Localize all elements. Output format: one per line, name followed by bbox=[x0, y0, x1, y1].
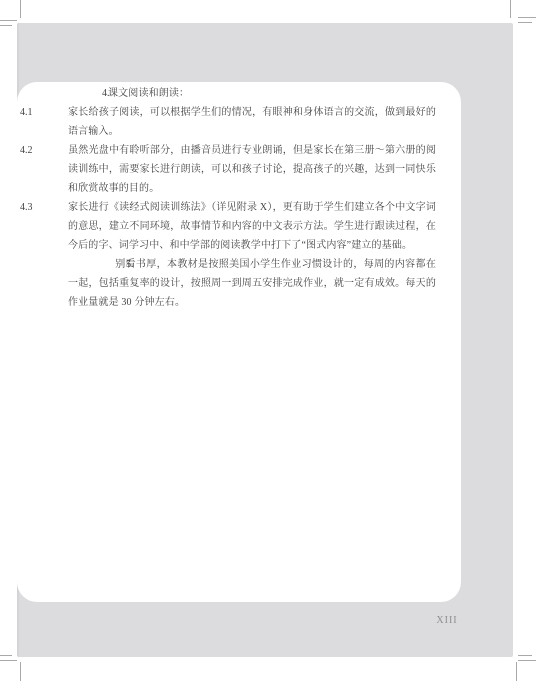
page-number: XIII bbox=[422, 615, 472, 626]
item-4-1-text: 家长给孩子阅读，可以根据学生们的情况，有眼神和身体语言的交流，做到最好的语言输入… bbox=[68, 107, 436, 137]
list-marker-5: 5. bbox=[97, 255, 115, 274]
crop-mark-top-left-horizontal-2 bbox=[0, 25, 12, 26]
crop-mark-bottom-left-vertical bbox=[20, 662, 21, 681]
item-4-3-text: 家长进行《读经式阅读训练法》（详见附录 X），更有助于学生们建立各个中文字词的意… bbox=[68, 202, 436, 251]
crop-mark-bottom-right-horizontal bbox=[518, 655, 532, 656]
item-4-2-text: 虽然光盘中有聆听部分，由播音员进行专业朗诵，但是家长在第三册～第六册的阅读训练中… bbox=[68, 145, 436, 194]
crop-mark-top-left-horizontal bbox=[0, 20, 17, 21]
list-marker-4: 4. bbox=[85, 84, 108, 103]
list-marker-4-3: 4.3 bbox=[44, 198, 68, 217]
content-card: 4.课文阅读和朗读： 4.1家长给孩子阅读，可以根据学生们的情况，有眼神和身体语… bbox=[17, 82, 461, 602]
paragraph-item-4: 4.课文阅读和朗读： bbox=[68, 84, 436, 103]
crop-mark-top-right-horizontal-2 bbox=[518, 22, 532, 23]
crop-mark-top-right-horizontal bbox=[518, 17, 536, 18]
paragraph-item-4-3: 4.3家长进行《读经式阅读训练法》（详见附录 X），更有助于学生们建立各个中文字… bbox=[68, 198, 436, 255]
list-marker-4-1: 4.1 bbox=[44, 103, 68, 122]
crop-mark-bottom-left-horizontal bbox=[0, 655, 12, 656]
item-5-text: 别看书厚，本教材是按照美国小学生作业习惯设计的，每周的内容都在一起，包括重复率的… bbox=[68, 259, 436, 308]
list-marker-4-2: 4.2 bbox=[44, 141, 68, 160]
paragraph-item-5: 5.别看书厚，本教材是按照美国小学生作业习惯设计的，每周的内容都在一起，包括重复… bbox=[68, 255, 436, 312]
book-page: 4.课文阅读和朗读： 4.1家长给孩子阅读，可以根据学生们的情况，有眼神和身体语… bbox=[17, 23, 513, 657]
crop-mark-bottom-right-vertical bbox=[516, 662, 517, 681]
text-block: 4.课文阅读和朗读： 4.1家长给孩子阅读，可以根据学生们的情况，有眼神和身体语… bbox=[68, 84, 436, 312]
item-4-text: 课文阅读和朗读： bbox=[108, 88, 189, 99]
crop-mark-bottom-right-horizontal-2 bbox=[518, 660, 536, 661]
paragraph-item-4-1: 4.1家长给孩子阅读，可以根据学生们的情况，有眼神和身体语言的交流，做到最好的语… bbox=[68, 103, 436, 141]
crop-mark-bottom-left-horizontal-2 bbox=[0, 660, 17, 661]
crop-mark-top-right-vertical bbox=[510, 0, 511, 18]
crop-mark-top-left-vertical bbox=[20, 0, 21, 18]
paragraph-item-4-2: 4.2虽然光盘中有聆听部分，由播音员进行专业朗诵，但是家长在第三册～第六册的阅读… bbox=[68, 141, 436, 198]
